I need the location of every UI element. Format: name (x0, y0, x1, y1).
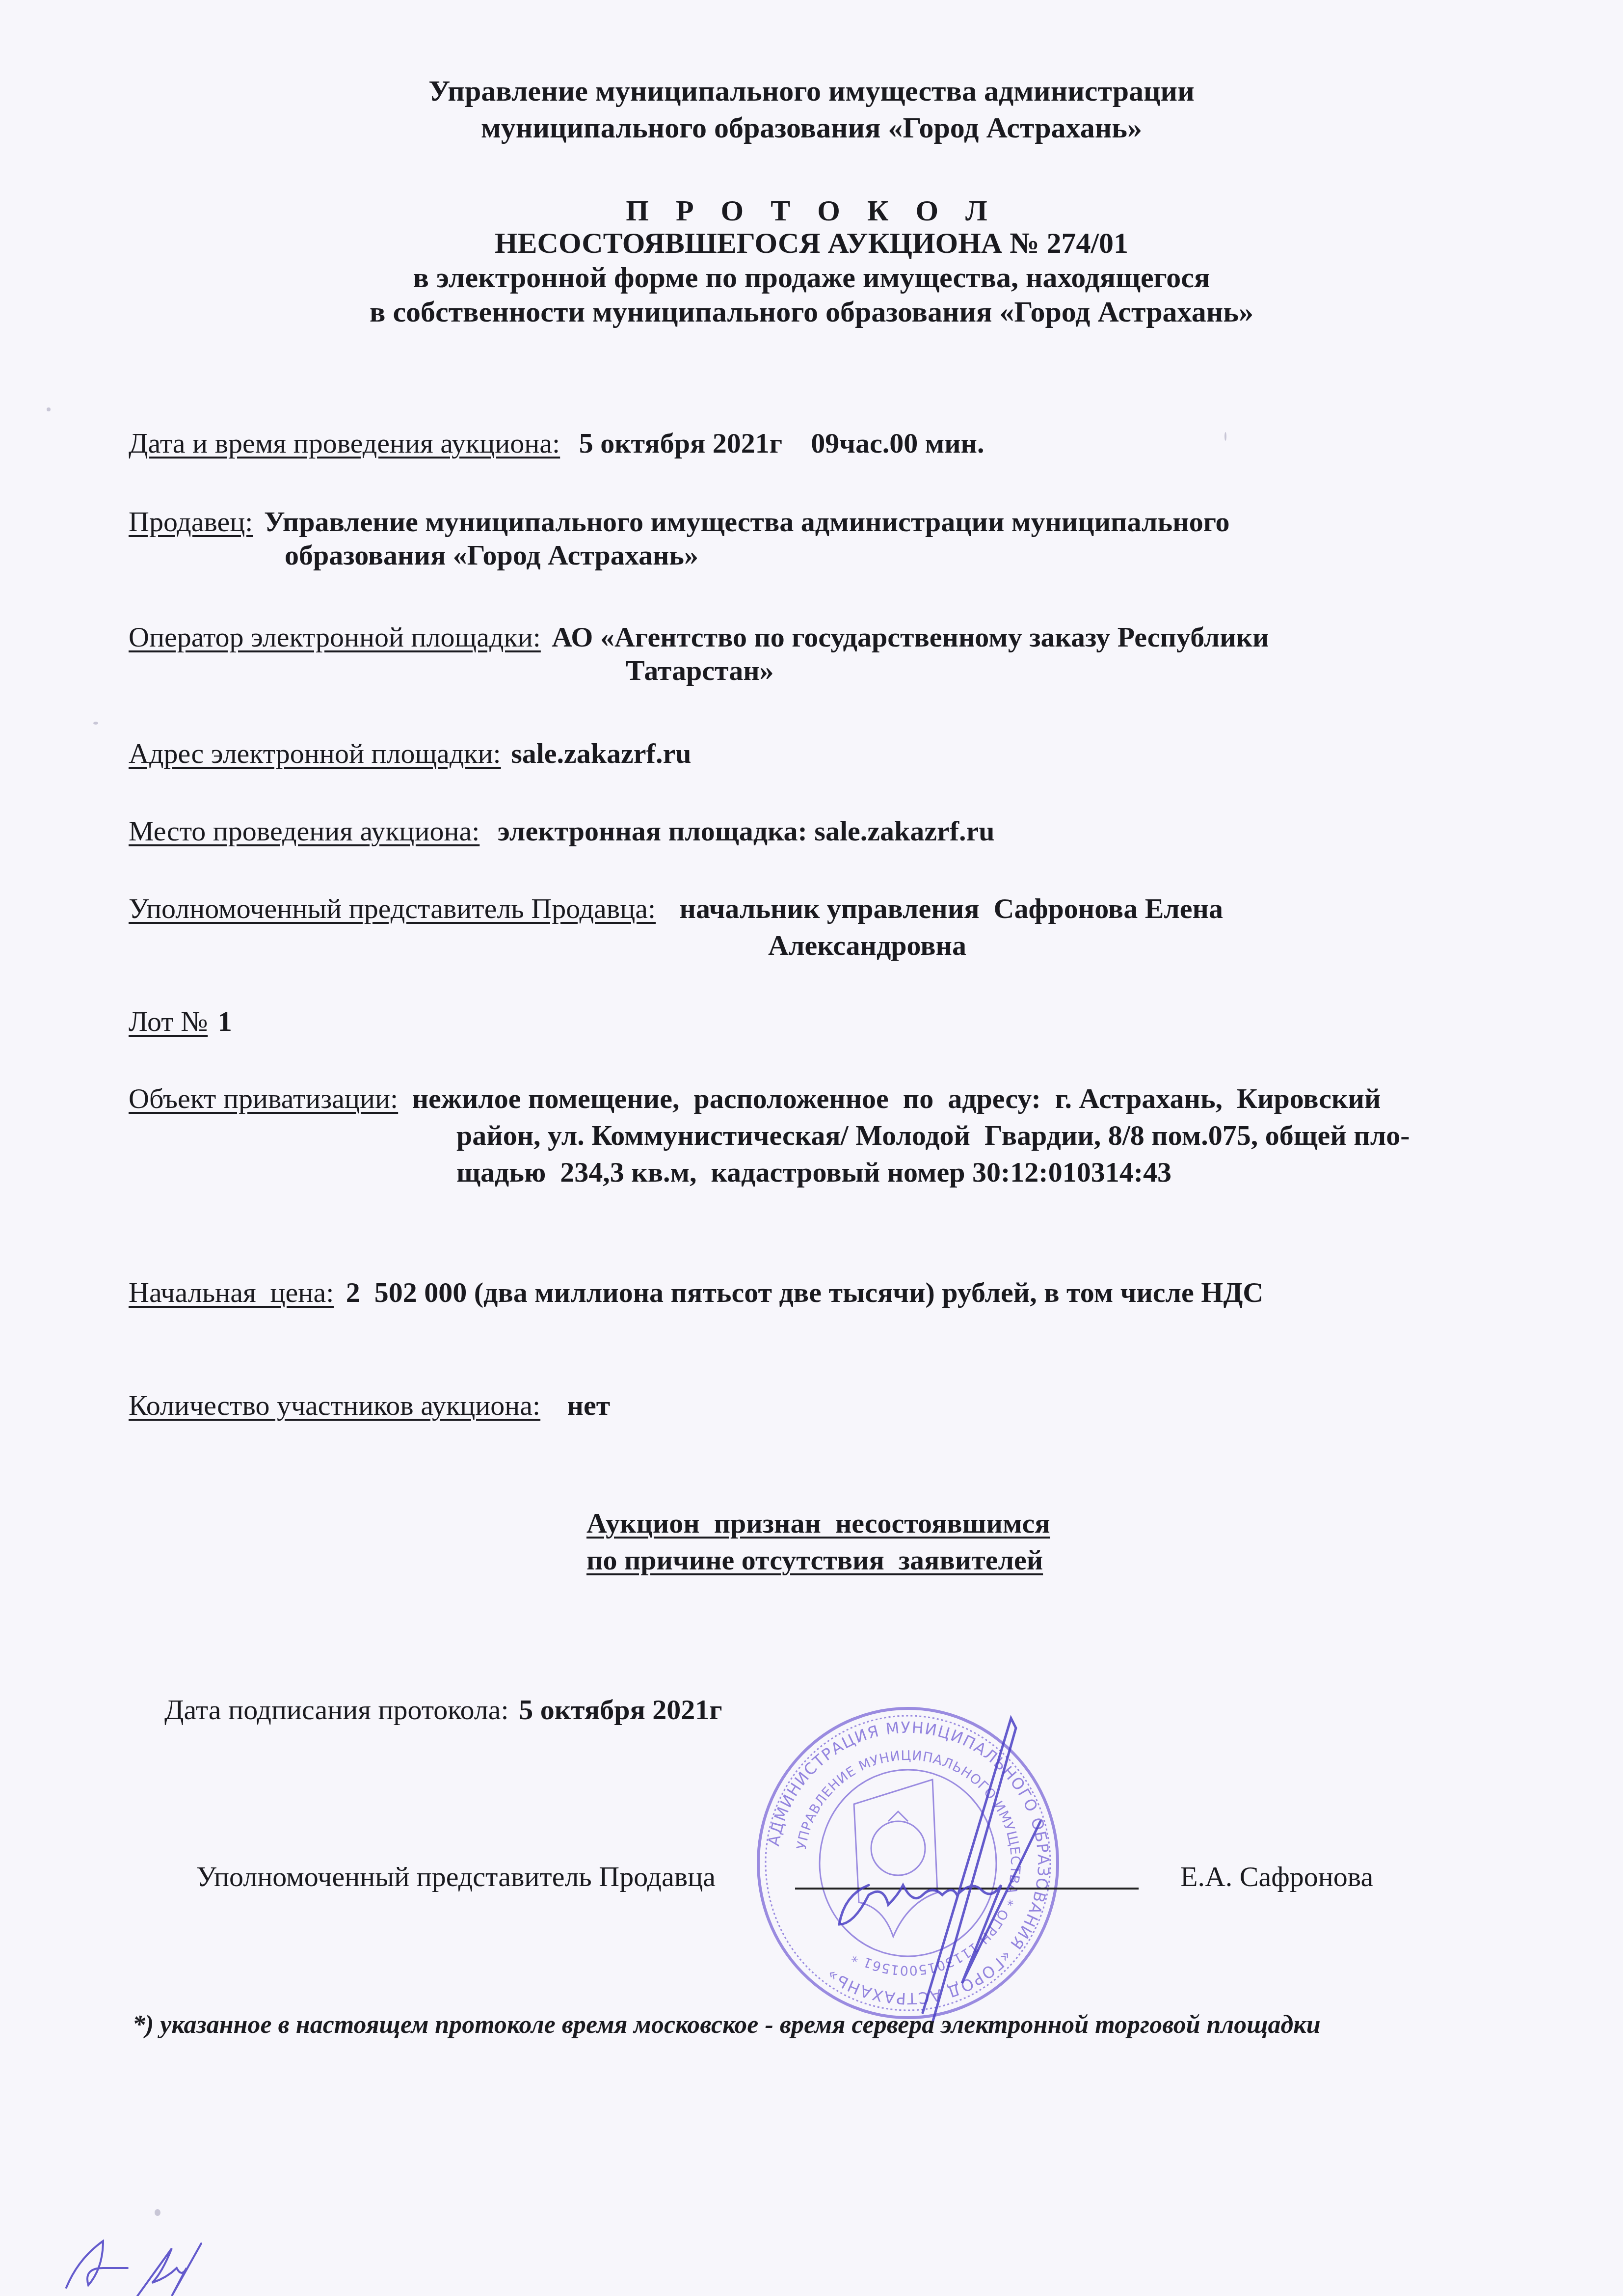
start-price-value: 2 502 000 (два миллиона пятьсот две тыся… (346, 1276, 1263, 1308)
org-header-line-1: Управление муниципального имущества адми… (0, 74, 1623, 108)
signing-date-label: Дата подписания протокола: (164, 1694, 509, 1726)
signing-date-row: Дата подписания протокола: 5 октября 202… (164, 1694, 722, 1726)
operator-row: Оператор электронной площадки: АО «Агент… (129, 621, 1269, 653)
date-time-row: Дата и время проведения аукциона: 5 октя… (129, 427, 984, 459)
auction-number-title: НЕСОСТОЯВШЕГОСЯ АУКЦИОНА № 274/01 (0, 226, 1623, 260)
representative-label: Уполномоченный представитель Продавца: (129, 892, 656, 924)
lot-value: 1 (218, 1005, 232, 1037)
venue-value: электронная площадка: sale.zakazrf.ru (498, 815, 995, 847)
org-header-line-2: муниципального образования «Город Астрах… (0, 110, 1623, 145)
document-title: П Р О Т О К О Л (0, 194, 1623, 227)
result-line-1: Аукцион признан несостоявшимся (586, 1507, 1050, 1540)
result-line-2: по причине отсутствия заявителей (586, 1544, 1043, 1576)
title-subline-2: в собственности муниципального образован… (0, 295, 1623, 329)
seller-value-line-1: Управление муниципального имущества адми… (264, 506, 1230, 538)
scan-speck (93, 722, 98, 725)
platform-address-value: sale.zakazrf.ru (511, 737, 691, 769)
venue-label: Место проведения аукциона: (129, 815, 479, 847)
object-value-line-1: нежилое помещение, расположенное по адре… (412, 1082, 1381, 1114)
representative-value-line-2: Александровна (768, 929, 966, 962)
representative-row: Уполномоченный представитель Продавца: н… (129, 892, 1223, 925)
object-value-line-2: район, ул. Коммунистическая/ Молодой Гва… (456, 1119, 1410, 1152)
signer-name: Е.А. Сафронова (1180, 1861, 1373, 1893)
scan-speck (47, 407, 51, 411)
object-row: Объект приватизации: нежилое помещение, … (129, 1082, 1381, 1115)
scan-speck (155, 2209, 160, 2216)
handwritten-signature-icon (785, 1708, 1129, 2052)
operator-label: Оператор электронной площадки: (129, 621, 541, 653)
signer-label: Уполномоченный представитель Продавца (196, 1861, 716, 1893)
representative-value-line-1: начальник управления Сафронова Елена (680, 892, 1223, 924)
lot-label: Лот № (129, 1005, 208, 1037)
seller-row: Продавец: Управление муниципального имущ… (129, 506, 1230, 538)
footnote: *) указанное в настоящем протоколе время… (133, 2010, 1321, 2040)
venue-row: Место проведения аукциона: электронная п… (129, 815, 995, 847)
initials-signature-icon (49, 2239, 206, 2296)
protocol-document: Управление муниципального имущества адми… (0, 0, 1623, 2296)
participants-row: Количество участников аукциона: нет (129, 1389, 610, 1422)
operator-value-line-2: Татарстан» (626, 654, 774, 687)
date-time-value: 5 октября 2021г 09час.00 мин. (579, 427, 984, 459)
seller-label: Продавец: (129, 506, 253, 538)
participants-label: Количество участников аукциона: (129, 1389, 540, 1421)
title-subline-1: в электронной форме по продаже имущества… (0, 260, 1623, 295)
scan-speck (1224, 432, 1226, 441)
seller-value-line-2: образования «Город Астрахань» (285, 539, 698, 571)
platform-address-row: Адрес электронной площадки: sale.zakazrf… (129, 737, 691, 770)
start-price-row: Начальная цена: 2 502 000 (два миллиона … (129, 1276, 1263, 1309)
signing-date-value: 5 октября 2021г (519, 1694, 722, 1726)
object-value-line-3: щадью 234,3 кв.м, кадастровый номер 30:1… (456, 1156, 1171, 1189)
platform-address-label: Адрес электронной площадки: (129, 737, 501, 769)
object-label: Объект приватизации: (129, 1082, 398, 1114)
date-time-label: Дата и время проведения аукциона: (129, 427, 560, 459)
lot-row: Лот № 1 (129, 1005, 232, 1038)
participants-value: нет (567, 1389, 611, 1421)
start-price-label: Начальная цена: (129, 1276, 334, 1308)
operator-value-line-1: АО «Агентство по государственному заказу… (552, 621, 1269, 653)
